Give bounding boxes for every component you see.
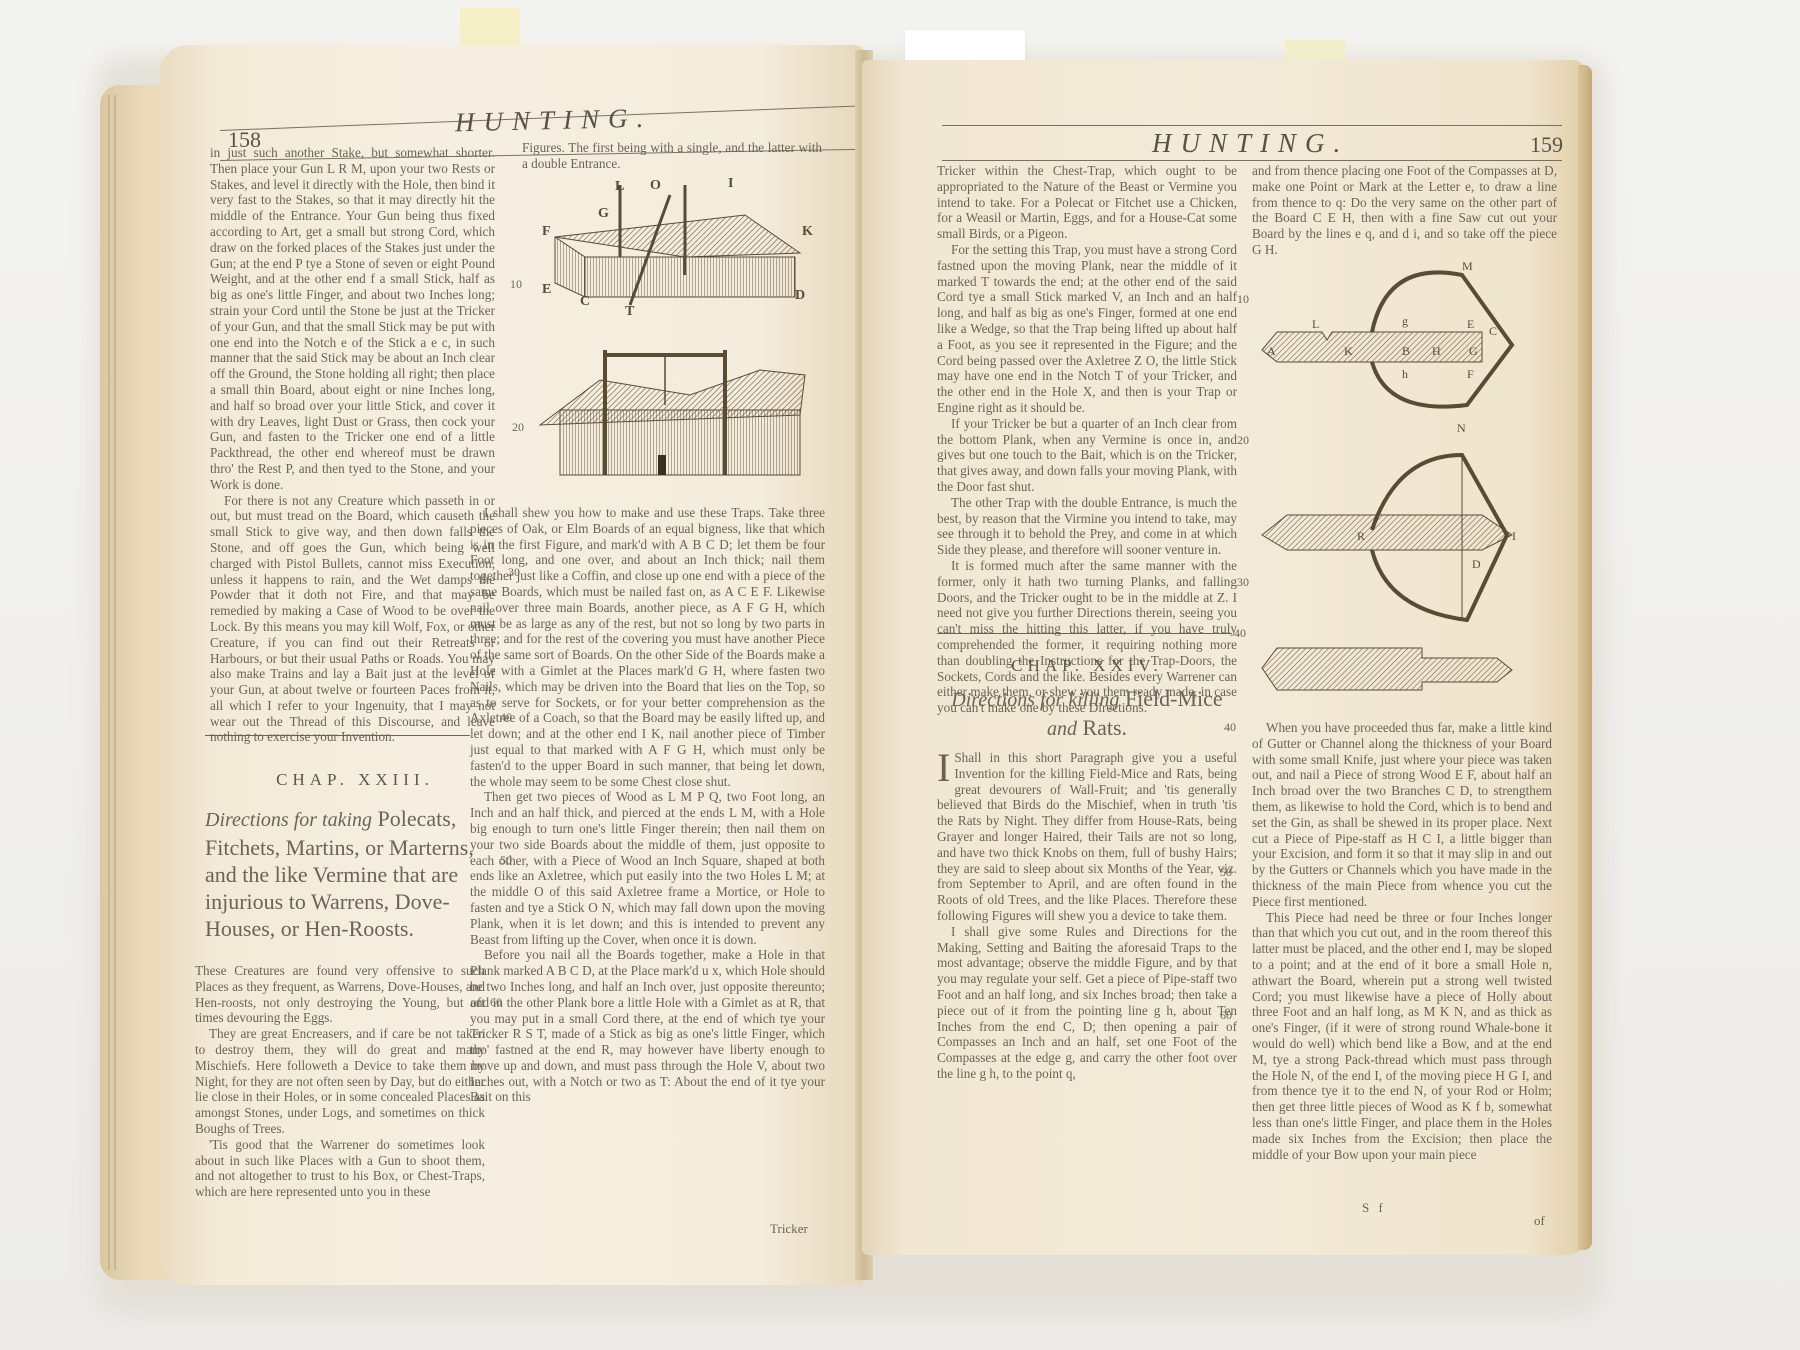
paragraph: This Piece had need be three or four Inc… — [1252, 910, 1552, 1163]
left-col1-top: in just such another Stake, but somewhat… — [210, 145, 495, 745]
chapter-title-text: Rats. — [1082, 715, 1127, 740]
figure-label: D — [1472, 557, 1481, 571]
left-page: 158 HUNTING. in just such another Stake,… — [160, 45, 865, 1285]
paragraph: and from thence placing one Foot of the … — [1252, 163, 1557, 258]
figure-label: I — [728, 176, 733, 191]
figure-label: C — [580, 294, 590, 309]
figure-label: g — [1402, 314, 1408, 328]
right-col2-bottom: When you have proceeded thus far, make a… — [1252, 720, 1552, 1162]
line-number: 10 — [510, 277, 522, 292]
figure-label: K — [802, 224, 813, 239]
chapter-title-italic: and — [1047, 718, 1077, 740]
figure-label: L — [615, 179, 624, 194]
single-entrance-trap-figure: L O I G F K E C T D — [530, 175, 830, 485]
paragraph: Then get two pieces of Wood as L M P Q, … — [470, 789, 825, 947]
line-number: 10 — [1237, 292, 1249, 307]
figure-label: R — [1357, 529, 1365, 543]
header-rule-top — [942, 125, 1562, 126]
paragraph: IShall in this short Paragraph give you … — [937, 750, 1237, 924]
chapter-heading: CHAP. XXIV. — [937, 656, 1237, 676]
left-col1-bottom: These Creatures are found very offensive… — [195, 963, 485, 1200]
figure-label: O — [650, 178, 661, 193]
section-divider — [937, 633, 1232, 634]
figure-label: G — [598, 206, 609, 221]
chapter-title: Directions for taking Polecats, Fitchets… — [205, 805, 500, 942]
paragraph: 'Tis good that the Warrener do sometimes… — [195, 1137, 485, 1200]
chapter-heading: CHAP. XXIII. — [205, 770, 505, 790]
paragraph-text: Shall in this short Paragraph give you a… — [937, 750, 1237, 923]
figure-label: T — [625, 304, 635, 319]
right-col2-top: and from thence placing one Foot of the … — [1252, 163, 1557, 258]
figure-label: A — [1267, 344, 1276, 358]
paragraph: Tricker within the Chest-Trap, which oug… — [937, 163, 1237, 242]
figure-label: I — [1512, 529, 1516, 543]
paragraph: I shall give some Rules and Directions f… — [937, 924, 1237, 1082]
header-rule-bottom — [942, 160, 1562, 161]
figure-label: B — [1402, 344, 1410, 358]
line-number-40: 40 — [1234, 626, 1246, 641]
paragraph: For there is not any Creature which pass… — [210, 493, 495, 746]
paragraph: When you have proceeded thus far, make a… — [1252, 720, 1552, 910]
field-mice-trap-figures: M L A K B H G E C F h g N R I D — [1257, 250, 1567, 710]
line-number: 30 — [1237, 575, 1249, 590]
catchword: of — [1534, 1213, 1545, 1229]
chapter-title-italic: Directions for taking — [205, 809, 372, 831]
figure-label: G — [1469, 344, 1478, 358]
figure-label: K — [1344, 344, 1353, 358]
figure-label: F — [542, 224, 551, 239]
drop-cap: I — [937, 752, 950, 784]
left-col2-body: I shall shew you how to make and use the… — [470, 505, 825, 1105]
figure-label: E — [542, 282, 551, 297]
page-number-right: 159 — [1530, 132, 1563, 158]
paragraph: The other Trap with the double Entrance,… — [937, 495, 1237, 558]
paragraph: They are great Encreasers, and if care b… — [195, 1026, 485, 1137]
running-head-right: HUNTING. — [1152, 128, 1349, 159]
right-col1-bottom: IShall in this short Paragraph give you … — [937, 750, 1237, 1082]
catchword: Tricker — [770, 1221, 808, 1237]
running-head-left: HUNTING. — [455, 103, 653, 139]
paragraph: For the setting this Trap, you must have… — [937, 242, 1237, 416]
chapter-title-text: Field-Mice — [1125, 686, 1223, 711]
figure-label: N — [1457, 421, 1466, 435]
figure-label: L — [1312, 317, 1319, 331]
figure-label: C — [1489, 324, 1497, 338]
figure-label: h — [1402, 367, 1408, 381]
section-divider — [205, 735, 470, 736]
paragraph: in just such another Stake, but somewhat… — [210, 145, 495, 493]
paragraph: If your Tricker be but a quarter of an I… — [937, 416, 1237, 495]
chapter-title-italic: Directions for killing — [951, 689, 1119, 711]
paragraph: These Creatures are found very offensive… — [195, 963, 485, 1026]
right-page: HUNTING. 159 Tricker within the Chest-Tr… — [862, 60, 1585, 1255]
figure-label: M — [1462, 259, 1473, 273]
figure-label: D — [795, 288, 805, 303]
page-edges-right — [1578, 65, 1592, 1250]
signature-mark: S f — [1362, 1200, 1386, 1216]
line-number: 20 — [1237, 433, 1249, 448]
figure-label: F — [1467, 367, 1474, 381]
paragraph: Before you nail all the Boards together,… — [470, 947, 825, 1105]
figure-label: H — [1432, 344, 1441, 358]
paragraph: Figures. The first being with a single, … — [522, 140, 822, 172]
line-number: 20 — [512, 420, 524, 435]
chapter-title: Directions for killing Field-Mice and Ra… — [937, 685, 1237, 743]
figure-label: E — [1467, 317, 1474, 331]
paragraph: I shall shew you how to make and use the… — [470, 505, 825, 789]
left-col2-top: Figures. The first being with a single, … — [522, 140, 822, 172]
